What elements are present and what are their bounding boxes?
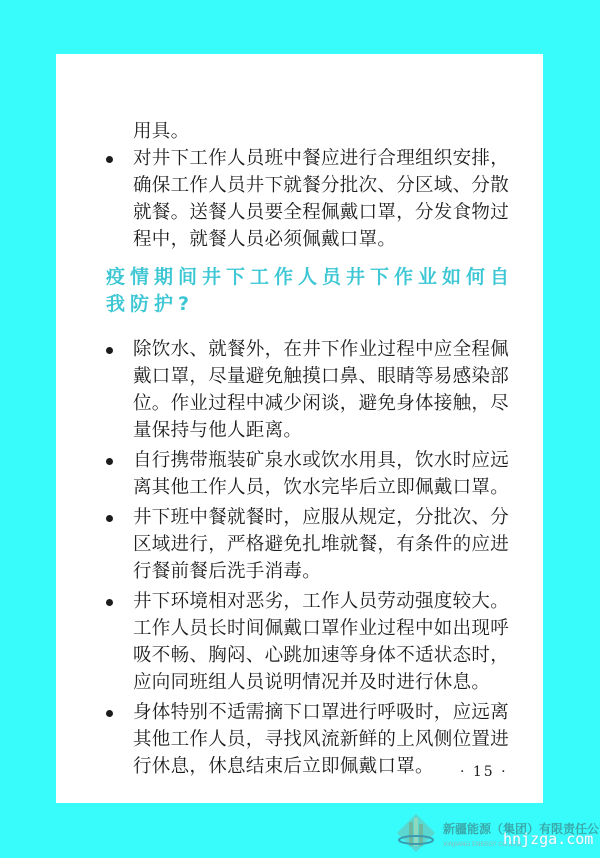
bullet-item: 井下环境相对恶劣，工作人员劳动强度较大。工作人员长时间佩戴口罩作业过程中如出现呼…: [106, 588, 526, 696]
bullet-dot-icon: [106, 515, 113, 522]
watermark: 新疆能源（集团）有限责任公司 XINJIANG ENERGY CO.,LTD h…: [395, 812, 600, 856]
bullet-item: 井下班中餐就餐时，应服从规定，分批次、分区域进行，严格避免扎堆就餐，有条件的应进…: [106, 504, 526, 585]
bullet-text: 自行携带瓶装矿泉水或饮水用具，饮水时应远离其他工作人员，饮水完毕后立即佩戴口罩。: [133, 450, 509, 498]
watermark-site: hnjzga.com: [503, 830, 593, 848]
bullet-text: 井下班中餐就餐时，应服从规定，分批次、分区域进行，严格避免扎堆就餐，有条件的应进…: [133, 507, 509, 582]
bullet-text: 对井下工作人员班中餐应进行合理组织安排，确保工作人员井下就餐分批次、分区域、分散…: [133, 148, 509, 250]
page-number: · 15 ·: [460, 764, 508, 780]
bullet-item: 除饮水、就餐外，在井下作业过程中应全程佩戴口罩，尽量避免触摸口鼻、眼睛等易感染部…: [106, 336, 526, 444]
continued-text: 用具。: [106, 118, 526, 145]
bullet-text: 井下环境相对恶劣，工作人员劳动强度较大。工作人员长时间佩戴口罩作业过程中如出现呼…: [133, 591, 509, 693]
bullet-dot-icon: [106, 458, 113, 465]
bullet-dot-icon: [106, 156, 113, 163]
page-content: 用具。 对井下工作人员班中餐应进行合理组织安排，确保工作人员井下就餐分批次、分区…: [106, 118, 526, 783]
bullet-text: 除饮水、就餐外，在井下作业过程中应全程佩戴口罩，尽量避免触摸口鼻、眼睛等易感染部…: [133, 339, 509, 441]
bullet-item: 对井下工作人员班中餐应进行合理组织安排，确保工作人员井下就餐分批次、分区域、分散…: [106, 145, 526, 253]
section-heading: 疫情期间井下工作人员井下作业如何自我防护?: [106, 264, 526, 318]
bullet-dot-icon: [106, 710, 113, 717]
bullet-dot-icon: [106, 599, 113, 606]
bullet-dot-icon: [106, 347, 113, 354]
bullet-text: 身体特别不适需摘下口罩进行呼吸时，应远离其他工作人员，寻找风流新鲜的上风侧位置进…: [133, 702, 509, 777]
document-page: 用具。 对井下工作人员班中餐应进行合理组织安排，确保工作人员井下就餐分批次、分区…: [56, 54, 543, 803]
building-diamond-logo-icon: [395, 812, 437, 858]
bullet-item: 自行携带瓶装矿泉水或饮水用具，饮水时应远离其他工作人员，饮水完毕后立即佩戴口罩。: [106, 447, 526, 501]
